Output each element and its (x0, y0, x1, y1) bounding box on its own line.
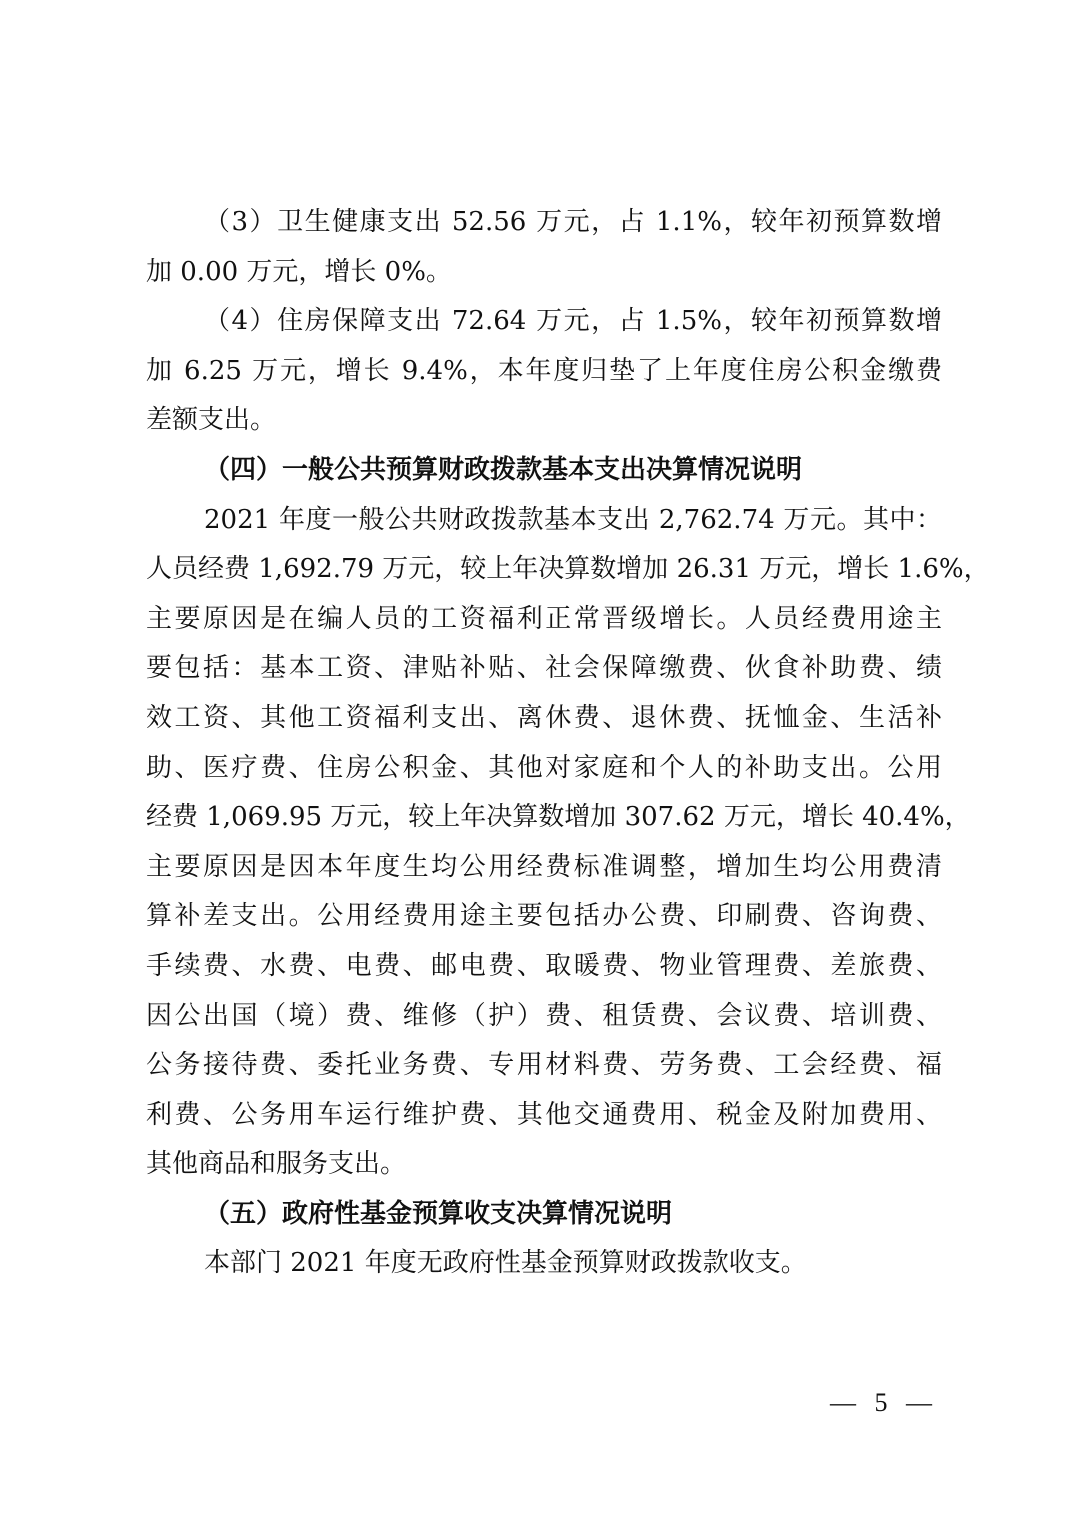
text-line: 经费 1,069.95 万元，较上年决算数增加 307.62 万元，增长 40.… (146, 793, 942, 843)
document-page: （3）卫生健康支出 52.56 万元，占 1.1%，较年初预算数增 加 0.00… (146, 198, 942, 1289)
text-line: 加 6.25 万元，增长 9.4%，本年度归垫了上年度住房公积金缴费 (146, 347, 942, 397)
section-heading: （四）一般公共预算财政拨款基本支出决算情况说明 (146, 446, 942, 496)
paragraph-basic-expenditure: 2021 年度一般公共财政拨款基本支出 2,762.74 万元。其中： 人员经费… (146, 496, 942, 1190)
text-line: 其他商品和服务支出。 (146, 1140, 942, 1190)
text-line: 因公出国（境）费、维修（护）费、租赁费、会议费、培训费、 (146, 992, 942, 1042)
text-line: 差额支出。 (146, 396, 942, 446)
section-heading-basic-expenditure: （四）一般公共预算财政拨款基本支出决算情况说明 (146, 446, 942, 496)
text-line: 效工资、其他工资福利支出、离休费、退休费、抚恤金、生活补 (146, 694, 942, 744)
text-line: 公务接待费、委托业务费、专用材料费、劳务费、工会经费、福 (146, 1041, 942, 1091)
text-line: 2021 年度一般公共财政拨款基本支出 2,762.74 万元。其中： (146, 496, 942, 546)
paragraph-health-expenditure: （3）卫生健康支出 52.56 万元，占 1.1%，较年初预算数增 加 0.00… (146, 198, 942, 297)
text-line: 主要原因是因本年度生均公用经费标准调整，增加生均公用费清 (146, 843, 942, 893)
paragraph-gov-fund: 本部门 2021 年度无政府性基金预算财政拨款收支。 (146, 1239, 942, 1289)
text-line: 算补差支出。公用经费用途主要包括办公费、印刷费、咨询费、 (146, 892, 942, 942)
text-line: 主要原因是在编人员的工资福利正常晋级增长。人员经费用途主 (146, 595, 942, 645)
text-line: 人员经费 1,692.79 万元，较上年决算数增加 26.31 万元，增长 1.… (146, 545, 942, 595)
section-heading-gov-fund: （五）政府性基金预算收支决算情况说明 (146, 1190, 942, 1240)
text-line: 手续费、水费、电费、邮电费、取暖费、物业管理费、差旅费、 (146, 942, 942, 992)
text-line: 要包括：基本工资、津贴补贴、社会保障缴费、伙食补助费、绩 (146, 644, 942, 694)
paragraph-housing-expenditure: （4）住房保障支出 72.64 万元，占 1.5%，较年初预算数增 加 6.25… (146, 297, 942, 446)
text-line: （4）住房保障支出 72.64 万元，占 1.5%，较年初预算数增 (146, 297, 942, 347)
text-line: 利费、公务用车运行维护费、其他交通费用、税金及附加费用、 (146, 1091, 942, 1141)
page-number: — 5 — (830, 1388, 938, 1418)
text-line: 加 0.00 万元，增长 0%。 (146, 248, 942, 298)
text-line: 本部门 2021 年度无政府性基金预算财政拨款收支。 (146, 1239, 942, 1289)
text-line: 助、医疗费、住房公积金、其他对家庭和个人的补助支出。公用 (146, 744, 942, 794)
text-line: （3）卫生健康支出 52.56 万元，占 1.1%，较年初预算数增 (146, 198, 942, 248)
section-heading: （五）政府性基金预算收支决算情况说明 (146, 1190, 942, 1240)
